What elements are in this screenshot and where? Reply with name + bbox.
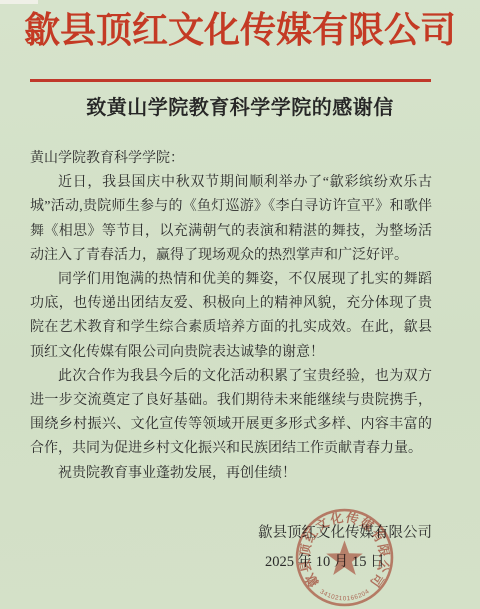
svg-text:传: 传	[344, 510, 361, 527]
svg-text:县: 县	[298, 558, 314, 574]
svg-text:限: 限	[375, 543, 391, 558]
seal-star-icon	[326, 540, 363, 575]
paragraph-3: 此次合作为我县今后的文化活动积累了宝贵经验，也为双方进一步交流奠定了良好基础。我…	[30, 365, 432, 462]
scan-edge-artifact	[0, 0, 38, 4]
letter-title: 致黄山学院教育科学学院的感谢信	[0, 95, 480, 121]
letter-document: 歙县顶红文化传媒有限公司 致黄山学院教育科学学院的感谢信 黄山学院教育科学学院：…	[0, 0, 480, 609]
scanned-letter-page: { "page": { "background_color": "#d3e0c7…	[0, 0, 480, 609]
header-divider-line	[30, 79, 431, 82]
company-header: 歙县顶红文化传媒有限公司	[0, 8, 480, 52]
salutation: 黄山学院教育科学学院：	[30, 147, 432, 171]
paragraph-1: 近日，我县国庆中秋双节期间顺利举办了“歙彩缤纷欢乐古城”活动,贵院师生参与的《鱼…	[30, 171, 432, 268]
letter-body: 黄山学院教育科学学院： 近日，我县国庆中秋双节期间顺利举办了“歙彩缤纷欢乐古城”…	[30, 147, 432, 486]
svg-text:司: 司	[367, 571, 387, 590]
paragraph-2: 同学们用饱满的热情和优美的舞姿，不仅展现了扎实的舞蹈功底，也传递出团结友爱、积极…	[30, 268, 432, 365]
company-seal: 歙县顶红文化传媒有限公司 3410210166204	[294, 507, 395, 608]
svg-text:顶: 顶	[297, 542, 314, 558]
svg-text:化: 化	[328, 510, 345, 527]
closing-wish: 祝贵院教育事业蓬勃发展，再创佳绩！	[30, 462, 432, 486]
